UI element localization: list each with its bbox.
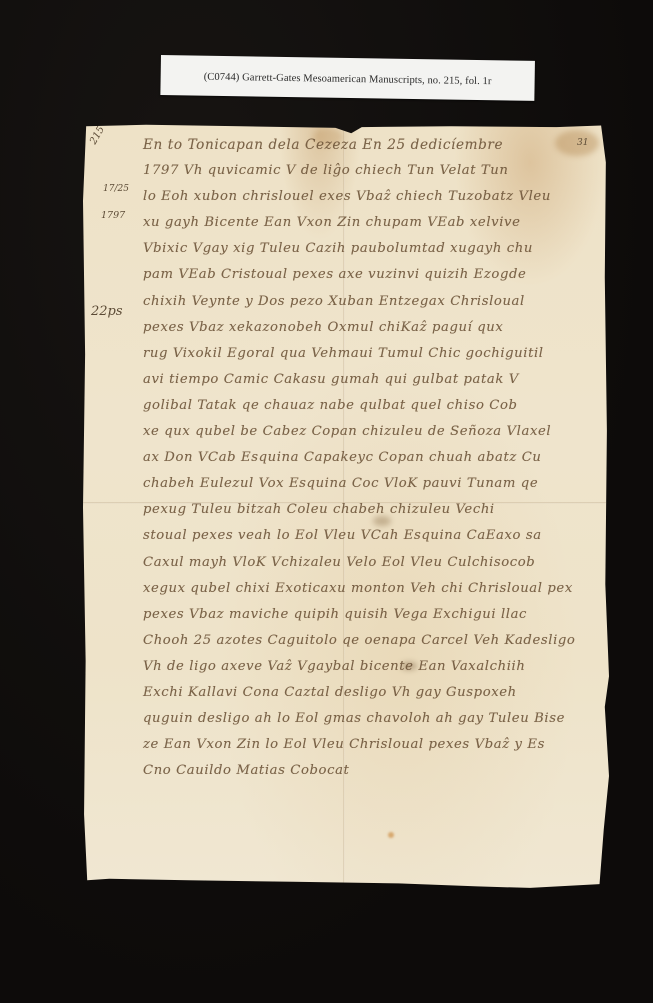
manuscript-folio: 31 215 17/25 1797 22ps En to Tonicapan d…: [83, 124, 609, 891]
manuscript-line: chabeh Eulezul Vox Esquina Coc VloK pauv…: [143, 471, 605, 497]
manuscript-line: Chooh 25 azotes Caguitolo qe oenapa Carc…: [143, 628, 605, 654]
manuscript-line: Exchi Kallavi Cona Caztal desligo Vh gay…: [143, 680, 605, 706]
manuscript-text: En to Tonicapan dela Cezeza En 25 dedicí…: [143, 132, 605, 784]
manuscript-line: golibal Tatak qe chauaz nabe qulbat quel…: [143, 393, 605, 419]
margin-note-top: 215: [88, 124, 107, 146]
archive-label-text: (C0744) Garrett-Gates Mesoamerican Manus…: [204, 69, 492, 87]
manuscript-line: Cno Cauildo Matias Cobocat: [143, 758, 605, 784]
manuscript-line: Caxul mayh VloK Vchizaleu Velo Eol Vleu …: [143, 550, 605, 576]
margin-note-year: 1797: [101, 210, 125, 221]
manuscript-line: Vh de ligo axeve Vaẑ Vgaybal bicente Ean…: [143, 654, 605, 680]
manuscript-line: En to Tonicapan dela Cezeza En 25 dedicí…: [143, 132, 605, 158]
manuscript-line: xegux qubel chixi Exoticaxu monton Veh c…: [143, 576, 605, 602]
manuscript-line: avi tiempo Camic Cakasu gumah qui gulbat…: [143, 367, 605, 393]
manuscript-line: rug Vixokil Egoral qua Vehmaui Tumul Chi…: [143, 341, 605, 367]
manuscript-line: Vbixic Vgay xig Tuleu Cazih paubolumtad …: [143, 236, 605, 262]
manuscript-line: xe qux qubel be Cabez Copan chizuleu de …: [143, 419, 605, 445]
manuscript-line: chixih Veynte y Dos pezo Xuban Entzegax …: [143, 289, 605, 315]
manuscript-line: pexes Vbaz xekazonobeh Oxmul chiKaẑ pagu…: [143, 315, 605, 341]
manuscript-line: ze Ean Vxon Zin lo Eol Vleu Chrisloual p…: [143, 732, 605, 758]
manuscript-line: 1797 Vh quvicamic V de liĝo chiech Tun V…: [143, 158, 605, 184]
stain-bottom-spot: [388, 832, 394, 838]
manuscript-line: pam VEab Cristoual pexes axe vuzinvi qui…: [143, 262, 605, 288]
manuscript-line: pexes Vbaz maviche quipih quisih Vega Ex…: [143, 602, 605, 628]
manuscript-line: pexug Tuleu bitzah Coleu chabeh chizuleu…: [143, 497, 605, 523]
margin-note-fraction: 17/25: [103, 184, 129, 194]
manuscript-line: quguin desligo ah lo Eol gmas chavoloh a…: [143, 706, 605, 732]
margin-note-amount: 22ps: [91, 304, 123, 319]
manuscript-line: ax Don VCab Esquina Capakeyc Copan chuah…: [143, 445, 605, 471]
archive-label: (C0744) Garrett-Gates Mesoamerican Manus…: [160, 55, 535, 101]
manuscript-line: xu gayh Bicente Ean Vxon Zin chupam VEab…: [143, 210, 605, 236]
manuscript-line: lo Eoh xubon chrislouel exes Vbaẑ chiech…: [143, 184, 605, 210]
manuscript-line: stoual pexes veah lo Eol Vleu VCah Esqui…: [143, 523, 605, 549]
